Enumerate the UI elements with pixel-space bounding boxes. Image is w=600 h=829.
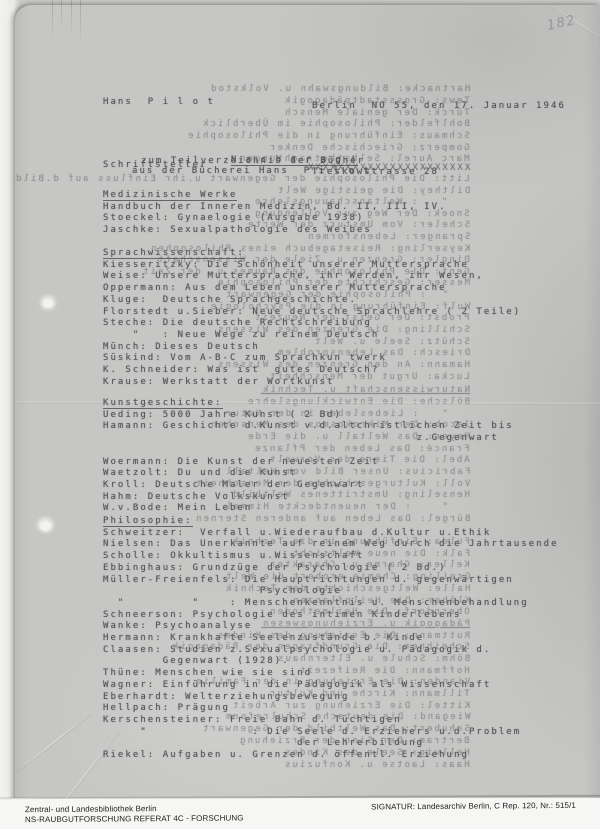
book-list-line: Florstedt u.Sieber: Neue deutsche Sprach… [103,307,521,319]
book-list-line: Woermann: Die Kunst der neuesten Zeit [103,457,514,469]
book-list-line: Gegenwart (1928). [103,656,559,668]
book-list-line: Hermann: Krankhafte Seelenzustände b. Ki… [103,633,559,645]
book-list-line: Wagner: Einführung in die Pädagogik als … [103,680,559,692]
section-sprachwissenschaft: Sprachwissenschaft:Kiesseritzky: Die Sch… [103,248,521,388]
section-heading: Kunstgeschichte: [103,398,514,410]
book-list-line: Jaschke: Sexualpathologie des Weibes [103,225,447,237]
section-medizinische-werke: Medizinische WerkeHandbuch der Inneren M… [103,190,447,237]
crease-line [52,0,53,42]
book-list-line: der Lehrerbildung [103,738,559,750]
book-list-line: Wanke: Psychoanalyse [103,621,559,633]
book-list-line: Münch: Dieses Deutsch [103,342,521,354]
book-list-line: Stoeckel: Gynaelogie (Ausgabe 1938) [103,213,447,225]
section-philosophie: Philosophie:Schweitzer: Verfall u.Wieder… [103,516,559,762]
archive-footer: Zentral- und Landesbibliothek Berlin NS-… [0,798,600,829]
book-list-line: Handbuch der Inneren Medizin, Bd. II, II… [103,202,447,214]
book-list-line: Ebbinghaus: Grundzüge der Psychologie ( … [103,563,559,575]
book-list-line: Nielsen: Das Unerkannte auf reinem Weg d… [103,539,559,551]
book-list-line: Steche: Die deutsche Rechtschreibung [103,318,521,330]
book-list-line: Kluge: Deutsche Sprachgeschichte. [103,295,521,307]
book-list-line: Schneerson: Psychologie des intimen Kind… [103,610,559,622]
punch-hole-top [42,297,54,308]
book-list-line: Claasen: Studien z.Sexualpsychologie u. … [103,645,559,657]
footer-institution-block: Zentral- und Landesbibliothek Berlin NS-… [25,803,244,825]
book-list-line: Kroll: Deutsche Maler der Gegenwart [103,480,514,492]
section-heading: Philosophie: [103,516,559,528]
crease-line [71,0,72,38]
book-list-line: Oppermann: Aus dem Leben unserer Mutters… [103,283,521,295]
section-heading: Medizinische Werke [103,190,447,202]
scanned-document: Hartnacke: Bildungswahn u. VolkstodTews:… [0,0,600,829]
book-list-line: Müller-Freienfels: Die Hauptrichtungen d… [103,575,559,587]
book-list-line: Thüne: Menschen wie sie sind [103,668,559,680]
section-heading: Sprachwissenschaft: [103,248,521,260]
book-list-line: Kiesseritzky: Die Schönheit unserer Mutt… [103,260,521,272]
crease-line [80,0,81,46]
document-subtitle-2: aus der Bücherei Hans P i l o t: [132,166,378,178]
book-list-line: Hamann: Geschichte d.Kunst v.d.altchrist… [103,421,514,433]
dateline-place-date: Berlin NO 55, den 17. Januar 1946 [312,95,566,117]
footer-signature: SIGNATUR: Landesarchiv Berlin, C Rep. 12… [371,801,576,812]
book-list-line: Eberhardt: Welterziehungsbewegung [103,692,559,704]
book-list-line: Schweitzer: Verfall u.Wiederaufbau d.Kul… [103,528,559,540]
book-list-line: " " : Menschenkenntnis u. Menschenbehand… [103,598,559,610]
book-list-line: Weise: Unsere Muttersprache, ihr Werden,… [103,271,521,283]
book-list-line: z.Gegenwart [103,433,514,445]
book-list-line: Psychologie [103,586,559,598]
section-kunstgeschichte: Kunstgeschichte:Ueding: 5000 Jahre Kunst… [103,398,514,515]
book-list-line: Krause: Werkstatt der Wortkunst [103,377,521,389]
book-list-line: W.v.Bode: Mein Leben [103,503,514,515]
book-list-line: " : Die Seele d. Erziehers u.d.Problem [103,727,559,739]
book-list-line: Kerschensteiner: Freie Bahn d. Tüchtigen [103,715,559,727]
book-list-line: Hahm: Deutsche Volkskunst [103,492,514,504]
book-list-line: K. Schneider: Was ist gutes Deutsch? [103,365,521,377]
book-list-line: Waetzolt: Du und die Kunst [103,468,514,480]
book-list-line: Scholle: Okkultismus u.Wissenschaft [103,551,559,563]
footer-department: NS-RAUBGUTFORSCHUNG REFERAT 4C - FORSCHU… [25,813,244,825]
book-list-line: Ueding: 5000 Jahre Kunst ( 2 Bd) [103,410,514,422]
book-list-line: Hellpach: Prägung [103,703,559,715]
book-list-line: " : Neue Wege zu reinem Deutsch [103,330,521,342]
book-list-line: Riekel: Aufgaben u. Grenzen d. öffentl. … [103,750,559,762]
book-list-line: Süskind: Vom A-B-C zum Sprachkun twerk [103,353,521,365]
crease-line [61,0,62,30]
sender-name: Hans P i l o t [103,92,215,113]
punch-hole-bottom [39,519,52,531]
